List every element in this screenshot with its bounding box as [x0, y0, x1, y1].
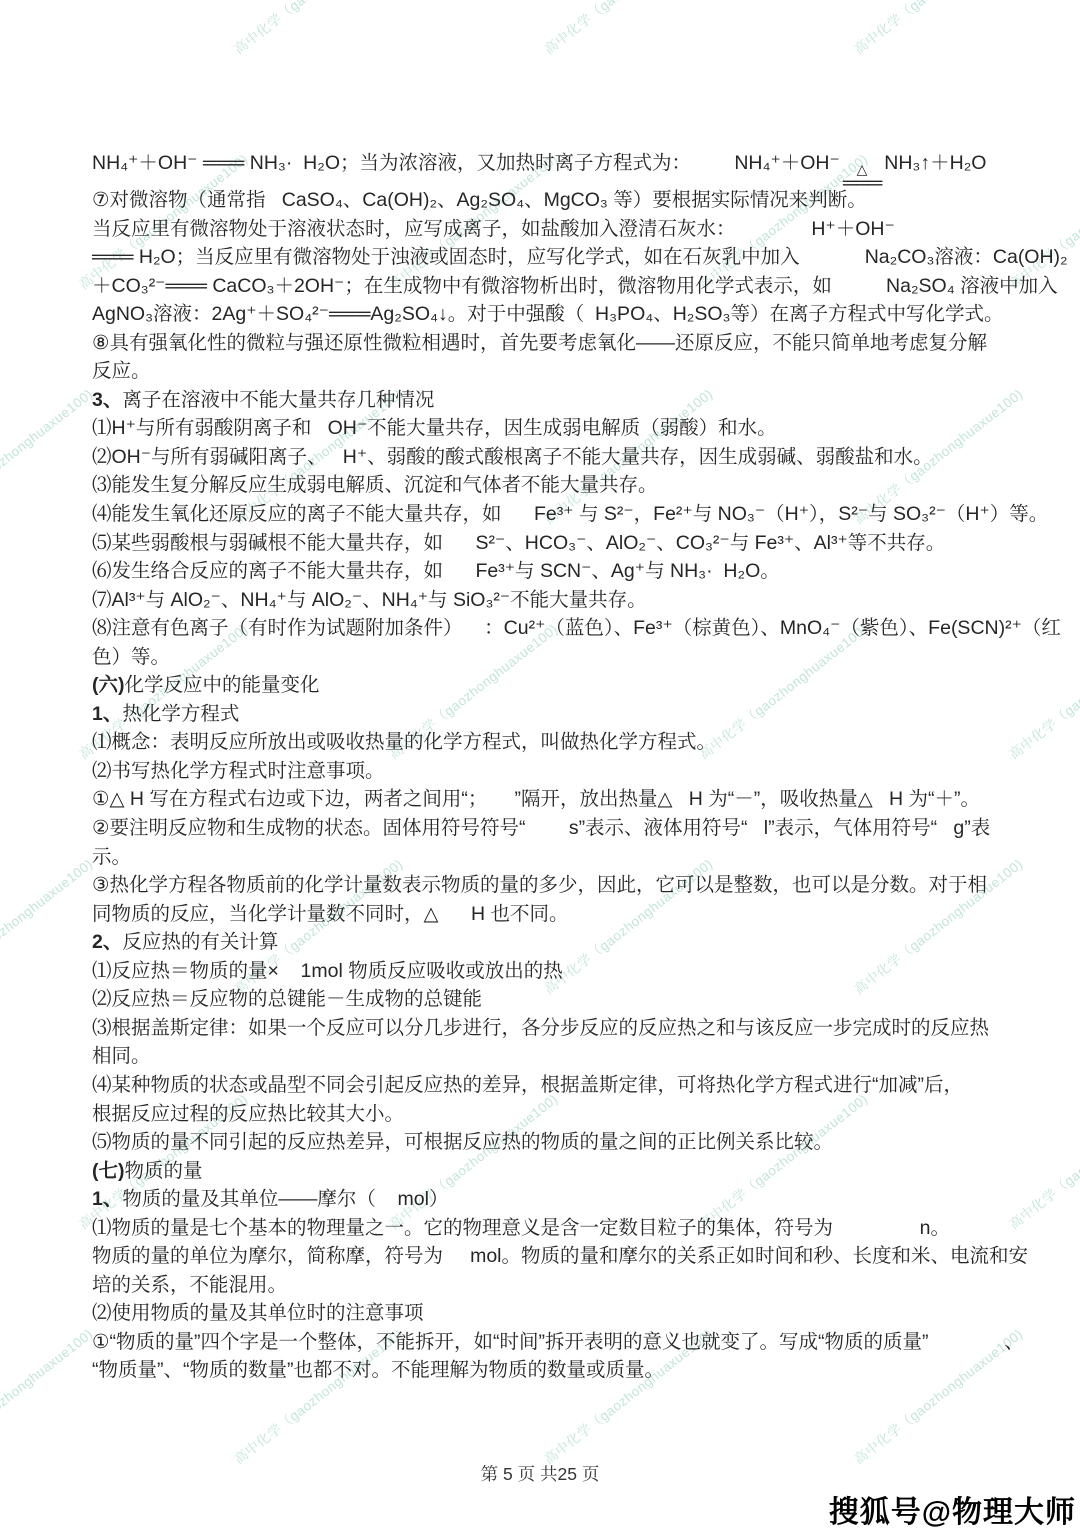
watermark-text: 高中化学（gaozhonghuaxue100) [1004, 618, 1080, 763]
text-line: ①“物质的量”四个字是一个整体，不能拆开，如“时间”拆开表明的意义也就变了。写成… [92, 1328, 997, 1357]
text-line: ⑵反应热＝反应物的总键能－生成物的总键能 [92, 985, 997, 1014]
section-label: 2、 [92, 931, 122, 953]
section-label: (六) [92, 674, 125, 696]
watermark-text: 高中化学（gaozhonghuaxue100) [1004, 1088, 1080, 1233]
text-line: ⑶能发生复分解反应生成弱电解质、沉淀和气体者不能大量共存。 [92, 471, 997, 500]
watermark-text: 高中化学（gaozhonghuaxue100) [849, 0, 1027, 58]
text-line: AgNO₃溶液：2Ag⁺＋SO₄²⁻═══Ag₂SO₄↓。对于中强酸（ H₃PO… [92, 300, 997, 329]
text-line: 当反应里有微溶物处于溶液状态时，应写成离子，如盐酸加入澄清石灰水： H⁺＋OH⁻ [92, 215, 997, 244]
text-line: ═══ H₂O；当反应里有微溶物处于浊液或固态时，应写化学式，如在石灰乳中加入 … [92, 243, 997, 272]
text-line: ⑷某种物质的状态或晶型不同会引起反应热的差异，根据盖斯定律，可将热化学方程式进行… [92, 1071, 997, 1100]
text-line: 相同。 [92, 1042, 997, 1071]
text-line: ①△ H 写在方程式右边或下边，两者之间用“； ”隔开，放出热量△ H 为“－”… [92, 785, 997, 814]
text-line: “物质量”、“物质的数量”也都不对。不能理解为物质的数量或质量。 [92, 1356, 997, 1385]
text-line: 1、热化学方程式 [92, 700, 997, 729]
text-line: ⑶根据盖斯定律：如果一个反应可以分几步进行，各分步反应的反应热之和与该反应一步完… [92, 1014, 997, 1043]
section-label: 1、 [92, 1188, 122, 1210]
text-line: ⑻注意有色离子（有时作为试题附加条件） ：Cu²⁺（蓝色）、Fe³⁺（棕黄色）、… [92, 614, 997, 643]
text-line: ＋CO₃²⁻═══ CaCO₃＋2OH⁻；在生成物中有微溶物析出时，微溶物用化学… [92, 272, 997, 301]
text-line: 2、反应热的有关计算 [92, 928, 997, 957]
text-line: 反应。 [92, 357, 997, 386]
text-line: (七)物质的量 [92, 1157, 997, 1186]
page-number: 第 5 页 共25 页 [0, 1461, 1080, 1486]
equation-line: NH₄⁺＋OH⁻ ═══ NH₃· H₂O；当为浓溶液，又加热时离子方程式为： … [92, 140, 997, 186]
text-line: ⑵OH⁻与所有弱碱阳离子、 H⁺、弱酸的酸式酸根离子不能大量共存，因生成弱碱、弱… [92, 443, 997, 472]
section-label: 1、 [92, 703, 122, 725]
watermark-text: 高中化学（gaozhonghuaxue100) [1004, 148, 1080, 293]
text-line: ⑴反应热＝物质的量× 1mol 物质反应吸收或放出的热 [92, 957, 997, 986]
equation-pre: NH₄⁺＋OH⁻ ═══ NH₃· H₂O；当为浓溶液，又加热时离子方程式为： [92, 152, 734, 174]
text-line: ⑸某些弱酸根与弱碱根不能大量共存，如 S²⁻、HCO₃⁻、AlO₂⁻、CO₃²⁻… [92, 529, 997, 558]
document-body: NH₄⁺＋OH⁻ ═══ NH₃· H₂O；当为浓溶液，又加热时离子方程式为： … [92, 140, 997, 1385]
text-line: ⑵书写热化学方程式时注意事项。 [92, 757, 997, 786]
text-line: ⑹发生络合反应的离子不能大量共存，如 Fe³⁺与 SCN⁻、Ag⁺与 NH₃· … [92, 557, 997, 586]
text-line: 色）等。 [92, 643, 997, 672]
watermark-text: 高中化学（gaozhonghuaxue100) [539, 0, 717, 58]
text-line: ⑵使用物质的量及其单位时的注意事项 [92, 1299, 997, 1328]
text-line: ⑷能发生氧化还原反应的离子不能大量共存，如 Fe³⁺ 与 S²⁻，Fe²⁺与 N… [92, 500, 997, 529]
text-line: (六)化学反应中的能量变化 [92, 671, 997, 700]
text-line: 示。 [92, 843, 997, 872]
text-line: 同物质的反应，当化学计量数不同时，△ H 也不同。 [92, 900, 997, 929]
watermark-text: 高中化学（gaozhonghuaxue100) [0, 383, 96, 528]
text-line: ⑧具有强氧化性的微粒与强还原性微粒相遇时，首先要考虑氧化——还原反应，不能只简单… [92, 329, 997, 358]
text-line: ⑺Al³⁺与 AlO₂⁻、NH₄⁺与 AlO₂⁻、NH₄⁺与 SiO₃²⁻不能大… [92, 586, 997, 615]
text-line: ⑴物质的量是七个基本的物理量之一。它的物理意义是含一定数目粒子的集体，符号为 n… [92, 1214, 997, 1243]
section-label: (七) [92, 1160, 125, 1182]
text-line: 培的关系，不能混用。 [92, 1271, 997, 1300]
document-lines: ⑦对微溶物（通常指 CaSO₄、Ca(OH)₂、Ag₂SO₄、MgCO₃ 等）要… [92, 186, 997, 1385]
equation-rhs: NH₃↑＋H₂O [884, 152, 986, 174]
watermark-text: 高中化学（gaozhonghuaxue100) [0, 0, 96, 58]
document-page: 高中化学（gaozhonghuaxue100)高中化学（gaozhonghuax… [0, 0, 1080, 1529]
section-label: 3、 [92, 389, 122, 411]
text-line: ③热化学方程各物质前的化学计量数表示物质的量的多少，因此，它可以是整数，也可以是… [92, 871, 997, 900]
text-line: ②要注明反应物和生成物的状态。固体用符号符号“ s”表示、液体用符号“ l”表示… [92, 814, 997, 843]
watermark-text: 高中化学（gaozhonghuaxue100) [229, 0, 407, 58]
text-line: ⑦对微溶物（通常指 CaSO₄、Ca(OH)₂、Ag₂SO₄、MgCO₃ 等）要… [92, 186, 997, 215]
text-line: 根据反应过程的反应热比较其大小。 [92, 1100, 997, 1129]
text-line: ⑴概念：表明反应所放出或吸收热量的化学方程式，叫做热化学方程式。 [92, 728, 997, 757]
text-line: ⑸物质的量不同引起的反应热差异，可根据反应热的物质的量之间的正比例关系比较。 [92, 1128, 997, 1157]
brand-watermark: 搜狐号@物理大师 [829, 1487, 1076, 1529]
text-line: ⑴H⁺与所有弱酸阴离子和 OH⁻不能大量共存，因生成弱电解质（弱酸）和水。 [92, 414, 997, 443]
equation-lhs: NH₄⁺＋OH⁻ [734, 152, 839, 174]
text-line: 1、物质的量及其单位——摩尔（ mol） [92, 1185, 997, 1214]
text-line: 物质的量的单位为摩尔，简称摩，符号为 mol。物质的量和摩尔的关系正如时间和秒、… [92, 1242, 997, 1271]
text-line: 3、离子在溶液中不能大量共存几种情况 [92, 386, 997, 415]
watermark-text: 高中化学（gaozhonghuaxue100) [0, 853, 96, 998]
watermark-text: 高中化学（gaozhonghuaxue100) [0, 1323, 96, 1468]
